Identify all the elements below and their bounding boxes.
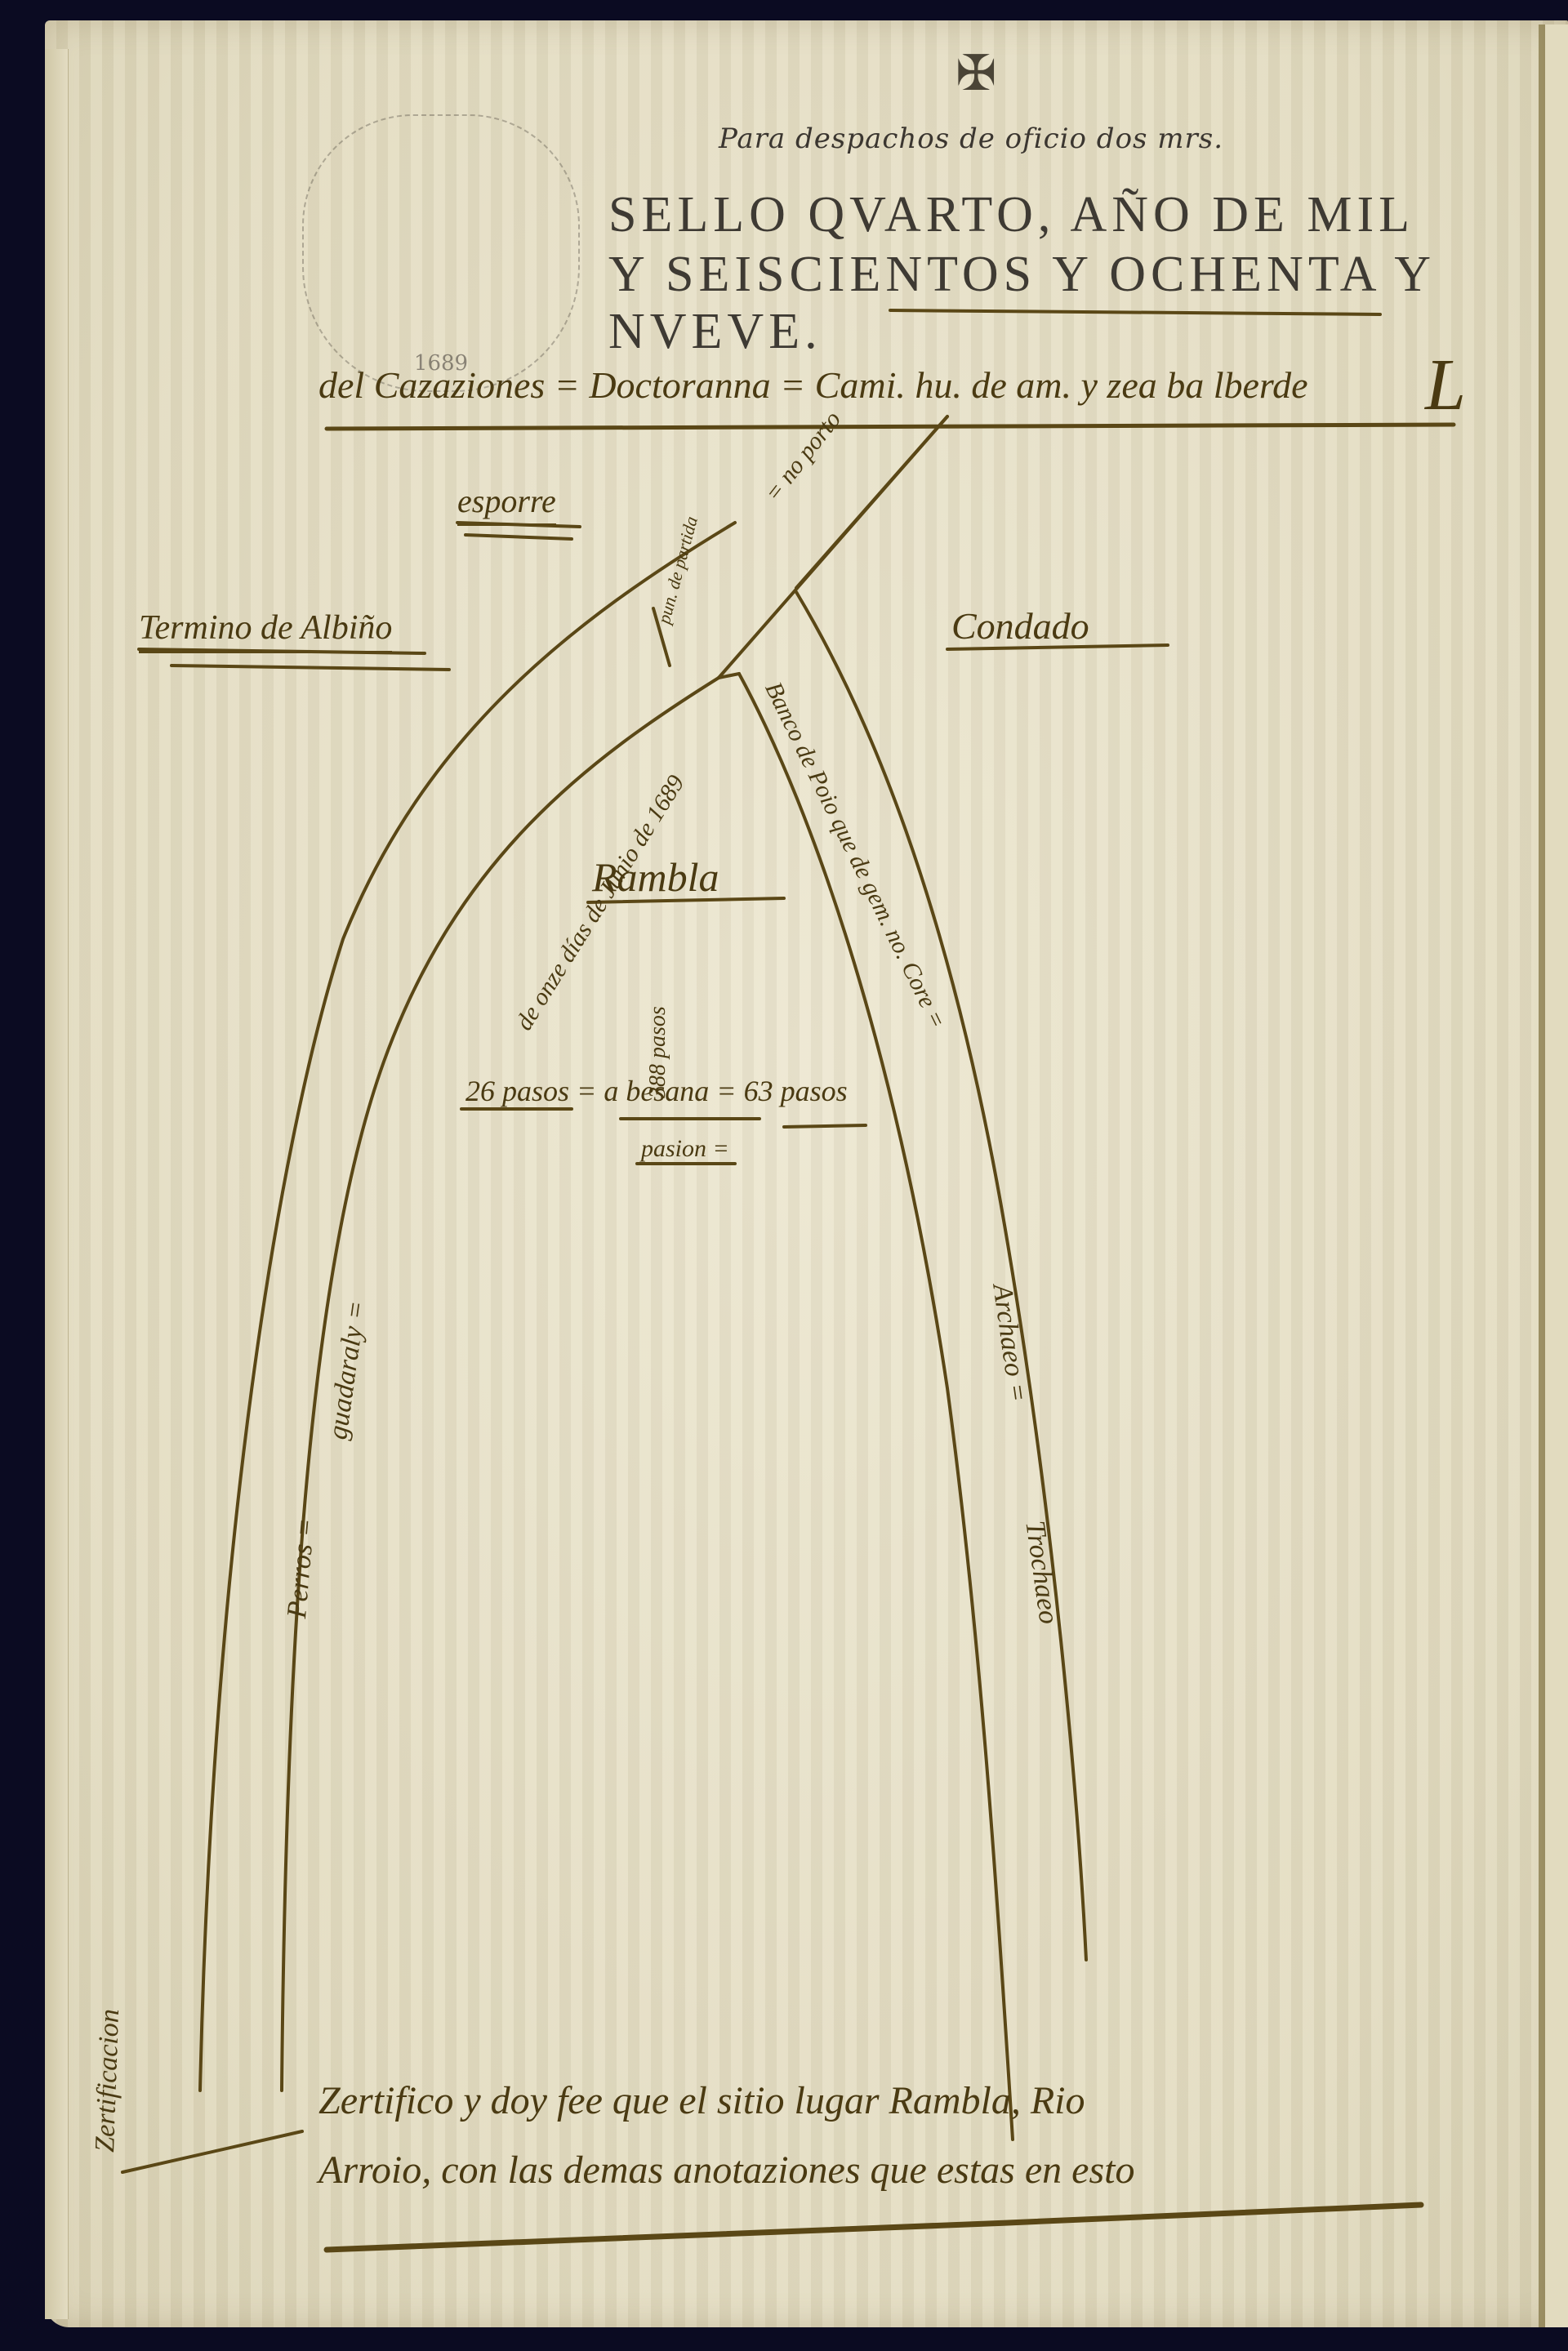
page-edge [45,49,69,2319]
royal-seal-stamp: 1689 [302,114,580,392]
label-west-boundary: Termino de Albiño [139,608,392,653]
certification-line-1: Zertifico y doy fee que el sitio lugar R… [318,2078,1085,2123]
stamp-line-1: SELLO QVARTO, AÑO DE MIL [608,189,1414,240]
label-north: esporre [457,482,556,526]
label-measure-sub: pasion = [641,1135,729,1163]
cross-icon: ✠ [955,45,996,102]
stamp-header-small: Para despachos de oficio dos mrs. [719,122,1223,155]
certification-line-2: Arroio, con las demas anotaziones que es… [318,2148,1134,2193]
label-east-condado: Condado [951,604,1089,648]
adjacent-page-edge [1545,24,1568,2327]
page-mark: L [1425,343,1466,427]
stamp-line-3: NVEVE. [608,306,822,357]
margin-label-certification: Zertificacion [90,2008,126,2153]
heading-line: del Cazaziones = Doctoranna = Cami. hu. … [318,363,1308,407]
stamp-line-2: Y SEISCIENTOS Y OCHENTA Y [608,249,1436,300]
margin-rule [1539,24,1545,2327]
label-measure-line: 26 pasos = a besana = 63 pasos [465,1074,848,1108]
